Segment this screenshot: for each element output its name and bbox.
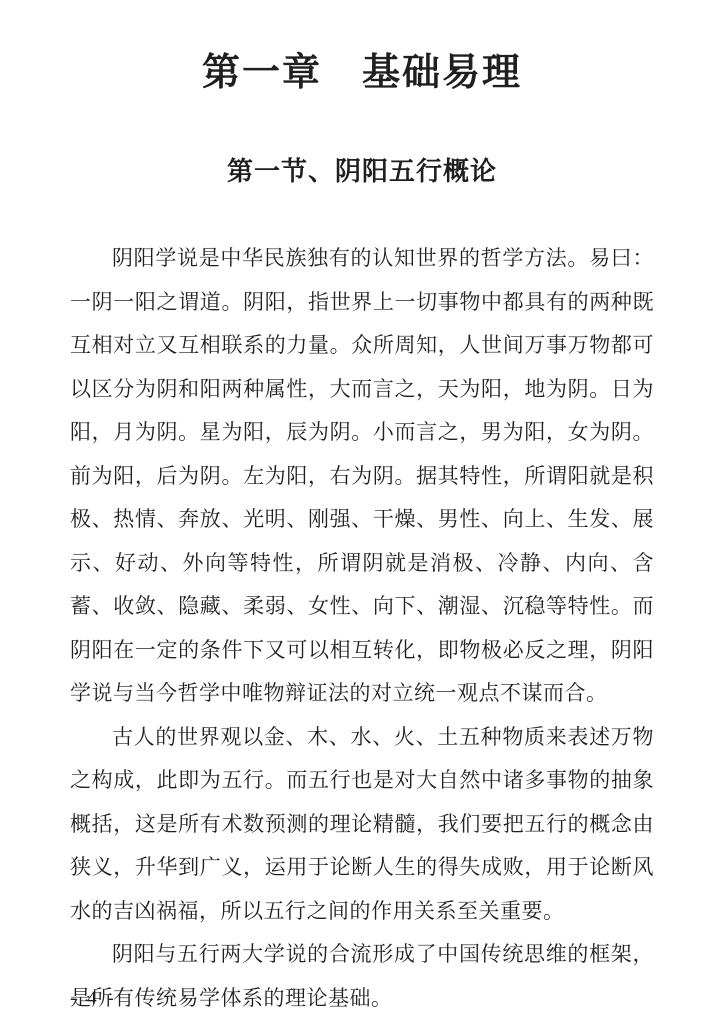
chapter-title: 第一章 基础易理 [0,0,724,96]
section-title: 第一节、阴阳五行概论 [0,156,724,188]
body-paragraph: 古人的世界观以金、木、水、火、土五种物质来表述万物之构成，此即为五行。而五行也是… [70,716,654,934]
body-text: 阴阳学说是中华民族独有的认知世界的哲学方法。易曰：一阴一阳之谓道。阴阳，指世界上… [70,237,654,1020]
body-paragraph: 阴阳与五行两大学说的合流形成了中国传统思维的框架，是所有传统易学体系的理论基础。 [70,933,654,1020]
body-paragraph: 阴阳学说是中华民族独有的认知世界的哲学方法。易曰：一阴一阳之谓道。阴阳，指世界上… [70,237,654,716]
page-number: - 4 - [70,988,117,1010]
document-page: 第一章 基础易理 第一节、阴阳五行概论 阴阳学说是中华民族独有的认知世界的哲学方… [0,0,724,1024]
